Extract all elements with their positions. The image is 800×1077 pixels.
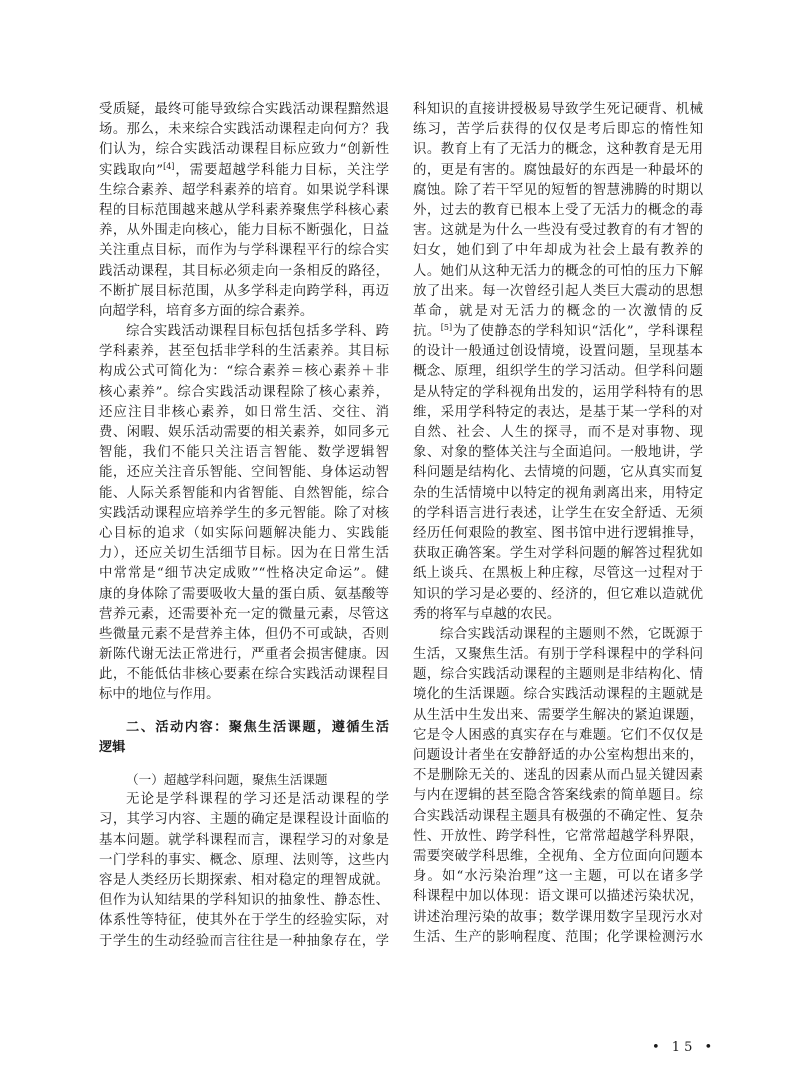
text-fragment: 实践取向” [99,163,163,178]
text-line: 从生活中生发出来、需要学生解决的紧迫课题， [413,706,703,726]
text-line: 力），还应关切生活细节目标。因为在日常生活 [99,544,389,564]
text-line: 腐蚀。除了若干罕见的短暂的智慧沸腾的时期以 [413,181,703,201]
text-fragment: 抗。 [413,324,441,339]
text-line: 杂的生活情境中以特定的视角剥离出来，用特定 [413,484,703,504]
text-line: 秀的将军与卓越的农民。 [413,605,703,625]
text-line: 知识的学习是必要的、经济的，但它难以造就优 [413,585,703,605]
paragraph: 科知识的直接讲授极易导致学生死记硬背、机械 练习，苦学后获得的仅仅是考后即忘的惰… [413,100,703,625]
text-line: 练习，苦学后获得的仅仅是考后即忘的惰性知 [413,120,703,140]
text-line: 境化的生活课题。综合实践活动课程的主题就是 [413,685,703,705]
text-line: 中常常是“细节决定成败”“性格决定命运”。健 [99,564,389,584]
page-number: • 15 • [652,1040,716,1055]
text-line: 核心素养”。综合实践活动课程除了核心素养， [99,383,389,403]
text-line: 但作为认知结果的学科知识的抽象性、静态性、 [99,891,389,911]
text-line: 维，采用学科特定的表达，是基于某一学科的对 [413,403,703,423]
text-line: 习，其学习内容、主题的确定是课程设计面临的 [99,810,389,830]
citation-ref: [4] [163,162,174,171]
heading-line: 二、活动内容：聚焦生活课题，遵循生活 [99,718,389,738]
text-line: 些微量元素不是营养主体，但仍不可或缺，否则 [99,625,389,645]
text-line: 象、对象的整体关注与全面追问。一般地讲，学 [413,443,703,463]
text-line: 经历任何艰险的教室、图书馆中进行逻辑推导， [413,524,703,544]
right-column: 科知识的直接讲授极易导致学生死记硬背、机械 练习，苦学后获得的仅仅是考后即忘的惰… [413,100,703,948]
paragraph: 无论是学科课程的学习还是活动课程的学 习，其学习内容、主题的确定是课程设计面临的… [99,790,389,952]
text-line: 践活动课程，其目标必须走向一条相反的路径， [99,262,389,282]
text-line: 不是删除无关的、迷乱的因素从而凸显关键因素 [413,766,703,786]
text-line: 们认为，综合实践活动课程目标应致力“创新性 [99,140,389,160]
text-line: 讲述治理污染的故事；数学课用数字呈现污水对 [413,908,703,928]
text-line: 综合实践活动课程的主题则不然，它既源于 [413,625,703,645]
paragraph: 受质疑，最终可能导致综合实践活动课程黯然退 场。那么，未来综合实践活动课程走向何… [99,100,389,322]
text-line: 学科素养，甚至包括非学科的生活素养。其目标 [99,342,389,362]
paragraph: 综合实践活动课程的主题则不然，它既源于 生活，又聚焦生活。有别于学科课程中的学科… [413,625,703,948]
text-line: 生活，又聚焦生活。有别于学科课程中的学科问 [413,645,703,665]
paragraph: 综合实践活动课程目标包括包括多学科、跨 学科素养，甚至包括非学科的生活素养。其目… [99,322,389,706]
text-line: 于学生的生动经验而言往往是一种抽象存在，学 [99,932,389,952]
text-line: 智能，我们不能只关注语言智能、数学逻辑智 [99,443,389,463]
text-line: 科课程中加以体现：语文课可以描述污染状况， [413,887,703,907]
text-line: 此，不能低估非核心要素在综合实践活动课程目 [99,665,389,685]
text-line: 身。如“水污染治理”这一主题，可以在诸多学 [413,867,703,887]
text-line: 抗。[5]为了使静态的学科知识“活化”，学科课程 [413,322,703,342]
spacer [99,706,389,718]
text-fragment: ，需要超越学科能力目标，关注学 [174,163,389,178]
text-line: 需要突破学科思维，全视角、全方位面向问题本 [413,847,703,867]
text-line: 概念、原理，组织学生的学习活动。但学科问题 [413,362,703,382]
text-line: 的，更是有害的。腐蚀最好的东西是一种最坏的 [413,161,703,181]
text-line: 程的目标范围越来越从学科素养聚焦学科核心素 [99,201,389,221]
text-line: 营养元素，还需要补充一定的微量元素，尽管这 [99,605,389,625]
text-line: 关注重点目标，而作为与学科课程平行的综合实 [99,241,389,261]
text-line: 外，过去的教育已根本上受了无活力的概念的毒 [413,201,703,221]
text-line: 受质疑，最终可能导致综合实践活动课程黯然退 [99,100,389,120]
text-line: 实践取向”[4]，需要超越学科能力目标，关注学 [99,161,389,181]
text-line: 体系性等特征，使其外在于学生的经验实际，对 [99,911,389,931]
text-line: 康的身体除了需要吸收大量的蛋白质、氨基酸等 [99,585,389,605]
text-line: 标中的地位与作用。 [99,685,389,705]
text-line: 还应注目非核心素养，如日常生活、交往、消 [99,403,389,423]
text-line: 与内在逻辑的甚至隐含答案线索的简单题目。综 [413,786,703,806]
text-line: 革命，就是对无活力的概念的一次激情的反 [413,302,703,322]
text-line: 生综合素养、超学科素养的培育。如果说学科课 [99,181,389,201]
text-line: 放了出来。每一次曾经引起人类巨大震动的思想 [413,282,703,302]
text-line: 新陈代谢无法正常进行，严重者会损害健康。因 [99,645,389,665]
text-line: 人。她们从这种无活力的概念的可怕的压力下解 [413,262,703,282]
text-line: 心目标的追求（如实际问题解决能力、实践能 [99,524,389,544]
text-line: 的学科语言进行表述，让学生在安全舒适、无须 [413,504,703,524]
text-line: 获取正确答案。学生对学科问题的解答过程犹如 [413,544,703,564]
citation-ref: [5] [441,323,452,332]
text-line: 基本问题。就学科课程而言，课程学习的对象是 [99,831,389,851]
text-line: 科问题是结构化、去情境的问题，它从真实而复 [413,463,703,483]
text-line: 自然、社会、人生的探寻，而不是对事物、现 [413,423,703,443]
text-line: 综合实践活动课程目标包括包括多学科、跨 [99,322,389,342]
subsection-heading: （一）超越学科问题，聚焦生活课题 [99,770,389,790]
heading-line: 逻辑 [99,738,389,758]
text-line: 科知识的直接讲授极易导致学生死记硬背、机械 [413,100,703,120]
text-line: 一门学科的事实、概念、原理、法则等，这些内 [99,851,389,871]
text-line: 能、人际关系智能和内省智能、自然智能，综合 [99,484,389,504]
text-line: 纸上谈兵、在黑板上种庄稼，尽管这一过程对于 [413,564,703,584]
text-line: 养，从外围走向核心，能力目标不断强化，日益 [99,221,389,241]
text-line: 不断扩展目标范围，从多学科走向跨学科，再迈 [99,282,389,302]
text-line: 容是人类经历长期探索、相对稳定的理智成就。 [99,871,389,891]
text-line: 题，综合实践活动课程的主题则是非结构化、情 [413,665,703,685]
text-fragment: 为了使静态的学科知识“活化”，学科课程 [452,324,703,339]
section-heading: 二、活动内容：聚焦生活课题，遵循生活 逻辑 [99,718,389,758]
left-column: 受质疑，最终可能导致综合实践活动课程黯然退 场。那么，未来综合实践活动课程走向何… [99,100,389,952]
text-line: 场。那么，未来综合实践活动课程走向何方？我 [99,120,389,140]
text-line: 的设计一般通过创设情境，设置问题，呈现基本 [413,342,703,362]
text-line: 它是令人困惑的真实存在与难题。它们不仅仅是 [413,726,703,746]
text-line: 生活、生产的影响程度、范围；化学课检测污水 [413,928,703,948]
text-line: 费、闲暇、娱乐活动需要的相关素养，如同多元 [99,423,389,443]
text-line: 无论是学科课程的学习还是活动课程的学 [99,790,389,810]
text-line: 识。教育上有了无活力的概念，这种教育是无用 [413,140,703,160]
text-line: 是从特定的学科视角出发的，运用学科特有的思 [413,383,703,403]
text-line: 问题设计者坐在安静舒适的办公室构想出来的， [413,746,703,766]
text-line: 害。这就是为什么一些没有受过教育的有才智的 [413,221,703,241]
text-line: 性、开放性、跨学科性，它常常超越学科界限， [413,827,703,847]
text-line: 合实践活动课程主题具有极强的不确定性、复杂 [413,807,703,827]
text-line: 向超学科，培育多方面的综合素养。 [99,302,389,322]
text-line: 构成公式可简化为：“综合素养＝核心素养＋非 [99,362,389,382]
spacer [99,758,389,770]
text-line: 能，还应关注音乐智能、空间智能、身体运动智 [99,463,389,483]
text-line: 实践活动课程应培养学生的多元智能。除了对核 [99,504,389,524]
text-line: 妇女，她们到了中年却成为社会上最有教养的 [413,241,703,261]
